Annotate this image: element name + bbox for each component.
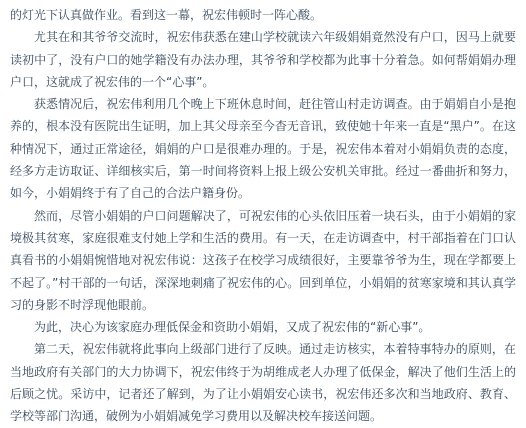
article-paragraph: 的灯光下认真做作业。看到这一幕，祝宏伟顿时一阵心酸。 <box>10 4 516 26</box>
article-paragraph: 第二天，祝宏伟就将此事向上级部门进行了反映。通过走访核实，本着特事特办的原则，在… <box>10 338 516 427</box>
article-paragraph: 获悉情况后，祝宏伟利用几个晚上下班休息时间，赶往管山村走访调查。由于娟娟自小是抱… <box>10 93 516 204</box>
article-paragraph: 为此，决心为该家庭办理低保金和资助小娟娟，又成了祝宏伟的“新心事”。 <box>10 316 516 338</box>
article-text: 的灯光下认真做作业。看到这一幕，祝宏伟顿时一阵心酸。 尤其在和其爷爷交流时，祝宏… <box>0 0 526 428</box>
article-paragraph: 然而，尽管小娟娟的户口问题解决了，可祝宏伟的心头依旧压着一块石头，由于小娟娟的家… <box>10 205 516 316</box>
article-paragraph: 尤其在和其爷爷交流时，祝宏伟获悉在建山学校就读六年级娟娟竟然没有户口，因马上就要… <box>10 26 516 93</box>
